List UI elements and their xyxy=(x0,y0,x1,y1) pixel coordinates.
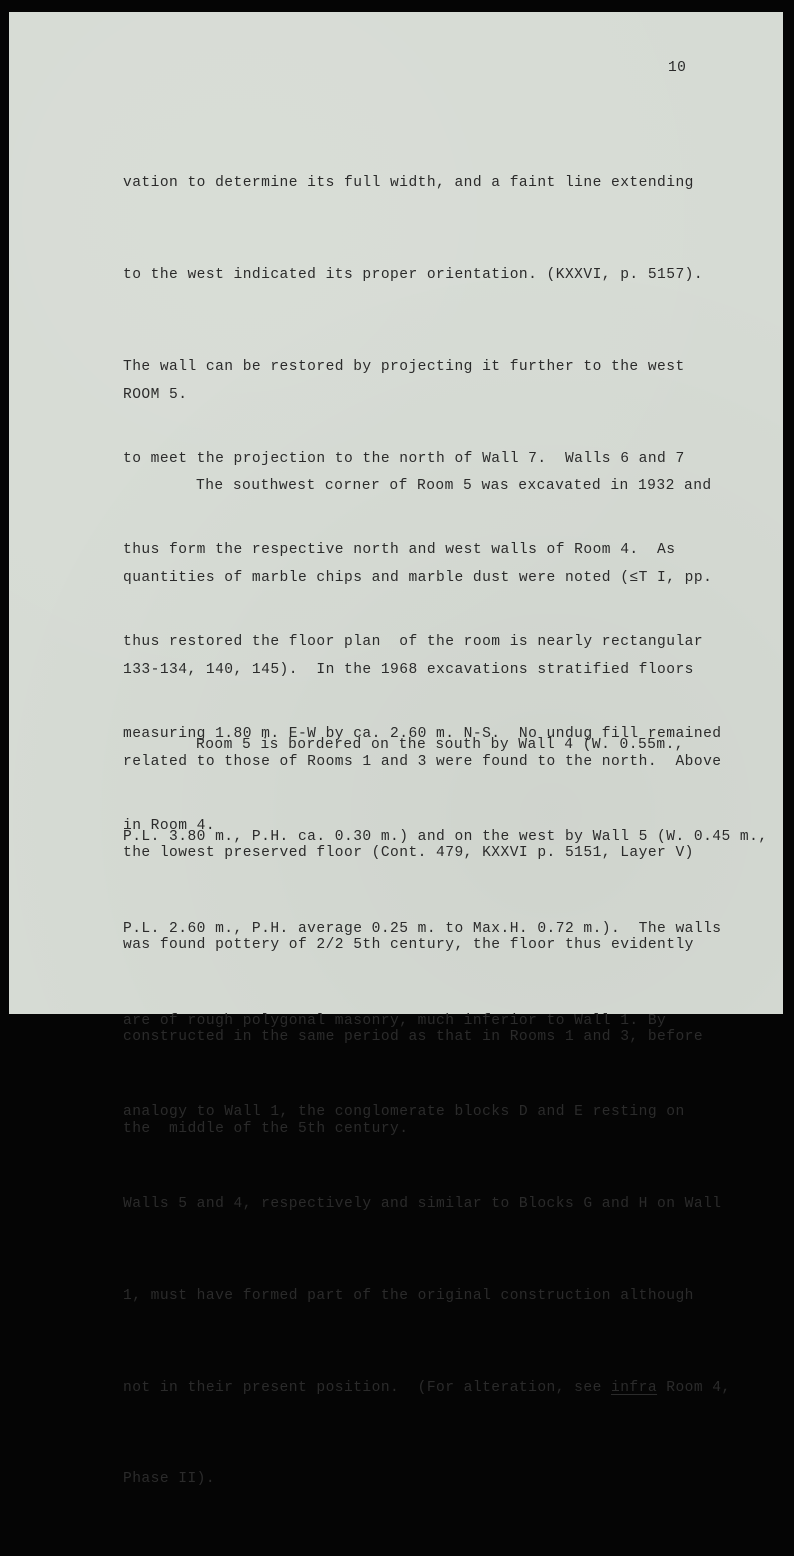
section-heading-room5: ROOM 5. xyxy=(123,380,187,411)
text-line: are of rough polygonal masonry, much inf… xyxy=(123,1006,768,1024)
text-line: to the west indicated its proper orienta… xyxy=(123,260,722,291)
document-page: 10 vation to determine its full width, a… xyxy=(9,12,783,1014)
text-line: quantities of marble chips and marble du… xyxy=(123,563,722,594)
text-line: Room 5 is bordered on the south by Wall … xyxy=(123,730,768,761)
paragraph-room5-walls: Room 5 is bordered on the south by Wall … xyxy=(123,669,768,1024)
text-line: P.L. 3.80 m., P.H. ca. 0.30 m.) and on t… xyxy=(123,822,768,853)
text-line: The southwest corner of Room 5 was excav… xyxy=(123,471,722,502)
text-line: The wall can be restored by projecting i… xyxy=(123,352,722,383)
text-line: P.L. 2.60 m., P.H. average 0.25 m. to Ma… xyxy=(123,914,768,945)
text-line: vation to determine its full width, and … xyxy=(123,168,722,199)
page-number: 10 xyxy=(668,60,686,76)
